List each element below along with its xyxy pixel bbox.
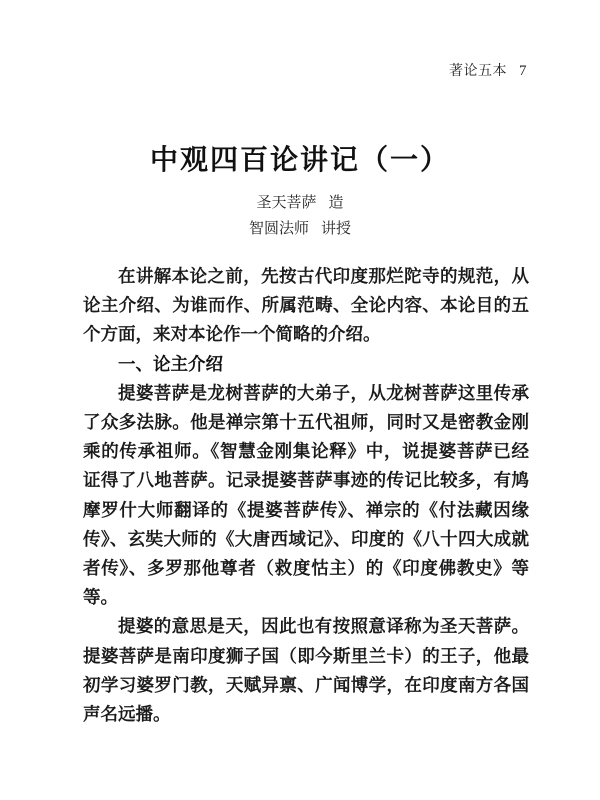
byline-lecturer: 智圆法师讲授 bbox=[0, 217, 600, 238]
byline-author: 圣天菩萨造 bbox=[0, 191, 600, 212]
body-text: 在讲解本论之前，先按古代印度那烂陀寺的规范，从论主介绍、为谁而作、所属范畴、全论… bbox=[83, 263, 529, 730]
running-title: 著论五本 bbox=[449, 63, 507, 79]
running-header: 著论五本7 bbox=[449, 60, 527, 80]
section-heading: 一、论主介绍 bbox=[83, 351, 529, 380]
byline-role: 讲授 bbox=[321, 219, 351, 237]
paragraph: 提婆的意思是天，因此也有按照意译称为圣天菩萨。提婆菩萨是南印度狮子国（即今斯里兰… bbox=[83, 613, 529, 730]
paragraph: 提婆菩萨是龙树菩萨的大弟子，从龙树菩萨这里传承了众多法脉。他是禅宗第十五代祖师，… bbox=[83, 380, 529, 614]
byline-role: 造 bbox=[329, 193, 344, 211]
page-number: 7 bbox=[519, 63, 527, 79]
page-title: 中观四百论讲记（一） bbox=[0, 138, 600, 178]
intro-paragraph: 在讲解本论之前，先按古代印度那烂陀寺的规范，从论主介绍、为谁而作、所属范畴、全论… bbox=[83, 263, 529, 351]
byline-name: 智圆法师 bbox=[249, 219, 309, 237]
byline-name: 圣天菩萨 bbox=[256, 193, 316, 211]
